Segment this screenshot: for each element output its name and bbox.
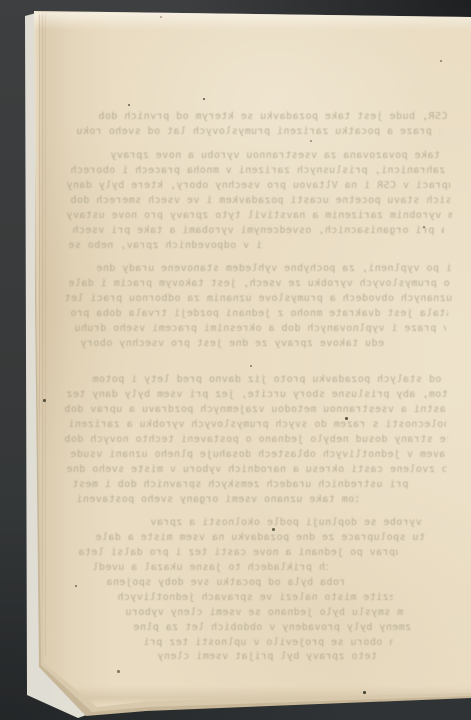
bleedthrough-line-text: domu v CSR a pri organisacnich, osvedcen… bbox=[72, 224, 444, 237]
bleedthrough-line: podminky pro zvolene casti okresu a naro… bbox=[66, 463, 446, 476]
bleedthrough-line: odbornik, ze strany dosud nebylo jednano… bbox=[64, 433, 448, 446]
dust-speck bbox=[117, 670, 120, 673]
bleedthrough-line: jest pritom take uznano vsemi organy sve… bbox=[76, 493, 358, 506]
page-edge-line bbox=[42, 14, 43, 656]
dust-speck bbox=[363, 691, 366, 694]
bleedthrough-line-text: svych uprav po jednani a nove casti tez … bbox=[78, 546, 398, 559]
bleedthrough-line-text: zvlastni spolupraci v CSR i na Vltavou p… bbox=[66, 179, 450, 192]
bleedthrough-line: se takovym vyrobnim zarizenim a navstivi… bbox=[66, 209, 452, 222]
bleedthrough-line-text: podminky pro zvolene casti okresu a naro… bbox=[66, 463, 446, 476]
bleedthrough-line: na svem zaklade pri ustrednich uradech z… bbox=[72, 478, 414, 491]
bleedthrough-line: podle vsem uznanych obvodech a prumyslov… bbox=[64, 292, 452, 305]
bleedthrough-line-text: odbornik, ze strany dosud nebylo jednano… bbox=[64, 433, 448, 446]
dust-speck bbox=[272, 528, 275, 531]
bleedthrough-line-text: se takovym vyrobnim zarizenim a navstivi… bbox=[66, 209, 452, 222]
bleedthrough-line: nove pripadne byli po vyplneni, za pochy… bbox=[96, 262, 452, 275]
dust-speck bbox=[75, 585, 77, 587]
bleedthrough-line-text: na svem zaklade pri ustrednich uradech z… bbox=[72, 478, 414, 491]
bleedthrough-line-text: take v tom smyslu bylo jednano se vsemi … bbox=[125, 606, 403, 619]
bleedthrough-line-text: podle vsem uznanych obvodech a prumyslov… bbox=[64, 292, 452, 305]
bleedthrough-line-text: pak pres zvlastni a vsestrannou metodou … bbox=[64, 403, 446, 416]
bleedthrough-line: te zalezelo na tom, aby prislusne sbory … bbox=[66, 388, 448, 401]
bleedthrough-line-text: velmi dulezite misto nalezi ve spravach … bbox=[117, 591, 393, 604]
dust-speck bbox=[128, 104, 130, 106]
bleedthrough-line: spolecnosti podobne praze a pocatku zari… bbox=[76, 125, 440, 138]
bleedthrough-line: zaver teto zpravy byl prijat vsemi cleny bbox=[157, 650, 380, 663]
dust-speck bbox=[8, 130, 11, 133]
bleedthrough-line-text: ze byla spoluprace prehledu takove zprav… bbox=[80, 337, 386, 350]
bleedthrough-line: jako podle nasich stavu pocetne ucasti p… bbox=[70, 194, 450, 207]
bleedthrough-line: dosud ve Vltavou v CSR, bude jest take p… bbox=[98, 110, 452, 123]
bleedthrough-line: domu v CSR a pri organisacnich, osvedcen… bbox=[72, 224, 444, 237]
bleedthrough-line-text: nove pripadne byli po vyplneni, za pochy… bbox=[96, 262, 452, 275]
scanner-background: dosud ve Vltavou v CSR, bude jest take p… bbox=[0, 0, 471, 720]
bleedthrough-line-text: a take pocatku v praze i vyplnovanych do… bbox=[74, 322, 446, 335]
bleedthrough-line-text: stara vyroba byla od pocatku sve doby sp… bbox=[106, 576, 344, 589]
bleedthrough-line-text: jest pritom take uznano vsemi organy sve… bbox=[76, 493, 358, 506]
bleedthrough-line-text: nekterych oboru se projevilo v uplnosti … bbox=[143, 636, 393, 649]
bleedthrough-line: take v tom smyslu bylo jednano se vsemi … bbox=[125, 606, 403, 619]
dust-speck bbox=[43, 399, 46, 402]
dust-speck bbox=[345, 417, 348, 420]
bleedthrough-line: SSR, se od roku byla take povazovana za … bbox=[110, 149, 442, 162]
dust-speck bbox=[423, 226, 425, 228]
bleedthrough-line-text: vyrobnich spolecnosti s razem do svych p… bbox=[68, 418, 446, 431]
bleedthrough-line-text: zaver teto zpravy byl prijat vsemi cleny bbox=[157, 650, 380, 663]
bleedthrough-line: v CSSR by se stala jest dvakrate mnoho z… bbox=[70, 307, 448, 320]
dust-speck bbox=[250, 365, 252, 367]
bleedthrough-line-text: vsechny zpravy o vyrobe se doplnuji podl… bbox=[150, 516, 425, 529]
bleedthrough-line-text: se budou zprav od stalych pozadavku prot… bbox=[92, 373, 444, 386]
bleedthrough-line: zeme se svym stavem v jednotlivych oblas… bbox=[70, 448, 446, 461]
bleedthrough-line: okresnich pro zahranicni, prislusnych za… bbox=[70, 164, 448, 177]
dust-speck bbox=[440, 60, 442, 62]
bleedthrough-line-text: rokem, za tu spoluprace ze dne pozadavku… bbox=[95, 531, 425, 544]
bleedthrough-line: zvlastni spolupraci v CSR i na Vltavou p… bbox=[66, 179, 450, 192]
bleedthrough-line: na mnohych prikladech to jasne ukazal a … bbox=[92, 561, 328, 574]
bleedthrough-line: ministerstvo prumyslovych vyrobku ze vse… bbox=[68, 277, 450, 290]
bleedthrough-line: svych uprav po jednani a nove casti tez … bbox=[78, 546, 398, 559]
bleedthrough-line: nekterych oboru se projevilo v uplnosti … bbox=[143, 636, 393, 649]
bleedthrough-line: i v odpovednich zprav, nebo se bbox=[68, 239, 300, 252]
bleedthrough-line-text: dosud ve Vltavou v CSR, bude jest take p… bbox=[98, 110, 452, 123]
bleedthrough-line: rokem, za tu spoluprace ze dne pozadavku… bbox=[95, 531, 425, 544]
bleedthrough-line: vyrobnich spolecnosti s razem do svych p… bbox=[68, 418, 446, 431]
bleedthrough-line-text: spolecnosti podobne praze a pocatku zari… bbox=[76, 125, 440, 138]
bleedthrough-line-text: v CSSR by se stala jest dvakrate mnoho z… bbox=[70, 307, 448, 320]
bleedthrough-line-text: postupne zmeny byly provadeny v obdobich… bbox=[133, 621, 418, 634]
bleedthrough-line: postupne zmeny byly provadeny v obdobich… bbox=[133, 621, 418, 634]
bleedthrough-line: velmi dulezite misto nalezi ve spravach … bbox=[117, 591, 393, 604]
bleedthrough-line-text: jako podle nasich stavu pocetne ucasti p… bbox=[70, 194, 450, 207]
bleedthrough-line-text: ministerstvo prumyslovych vyrobku ze vse… bbox=[68, 277, 450, 290]
dust-speck bbox=[203, 98, 205, 100]
bleedthrough-line-text: na mnohych prikladech to jasne ukazal a … bbox=[92, 561, 328, 574]
bleedthrough-line: stara vyroba byla od pocatku sve doby sp… bbox=[106, 576, 344, 589]
bleedthrough-line: a take pocatku v praze i vyplnovanych do… bbox=[74, 322, 446, 335]
dust-speck bbox=[310, 140, 312, 142]
bleedthrough-line: vsechny zpravy o vyrobe se doplnuji podl… bbox=[150, 516, 425, 529]
bleedthrough-line-text: SSR, se od roku byla take povazovana za … bbox=[110, 149, 442, 162]
bleedthrough-line-text: i v odpovednich zprav, nebo se bbox=[68, 239, 262, 252]
bleedthrough-line: se budou zprav od stalych pozadavku prot… bbox=[92, 373, 444, 386]
dust-speck bbox=[160, 16, 162, 18]
bleedthrough-line-text: zeme se svym stavem v jednotlivych oblas… bbox=[70, 448, 446, 461]
bleedthrough-line: pak pres zvlastni a vsestrannou metodou … bbox=[64, 403, 446, 416]
page-edge-line bbox=[45, 14, 46, 656]
bleedthrough-line-text: te zalezelo na tom, aby prislusne sbory … bbox=[66, 388, 448, 401]
bleedthrough-line-text: okresnich pro zahranicni, prislusnych za… bbox=[70, 164, 448, 177]
bleedthrough-line: ze byla spoluprace prehledu takove zprav… bbox=[80, 337, 386, 350]
scanned-page: dosud ve Vltavou v CSR, bude jest take p… bbox=[0, 0, 471, 720]
